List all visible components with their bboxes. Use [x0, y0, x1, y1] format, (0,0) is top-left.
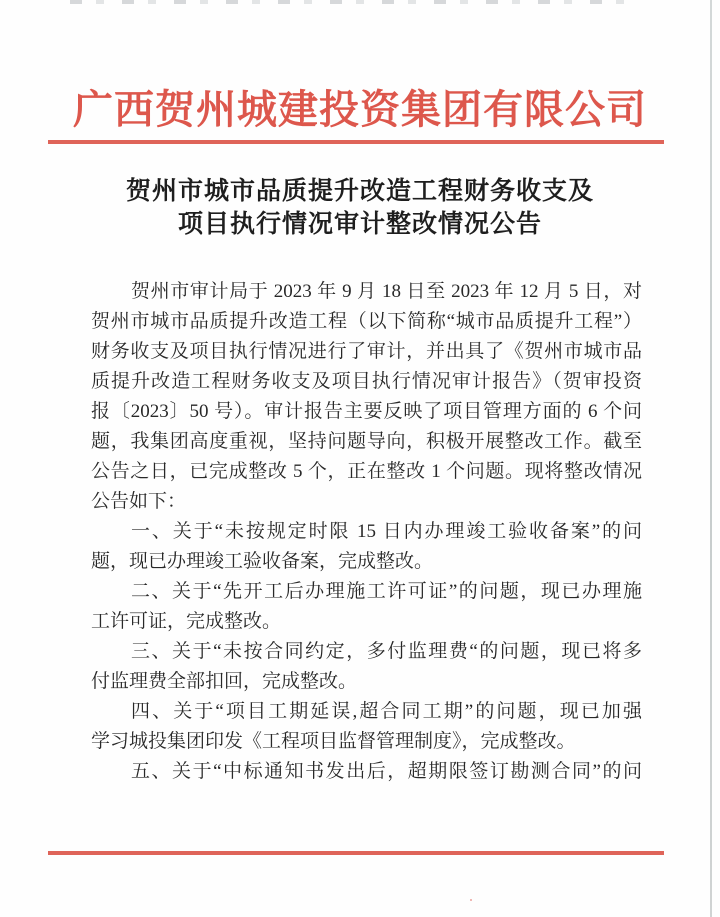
body-line: 四、关于“项目工期延误,超合同工期”的问题，现已加强 [91, 697, 642, 727]
body-line: 题，我集团高度重视，坚持问题导向，积极开展整改工作。截至 [91, 427, 642, 457]
body-line: 质提升改造工程财务收支及项目执行情况审计报告》（贺审投资 [91, 367, 642, 397]
footer-double-rule [48, 851, 664, 855]
body-line: 二、关于“先开工后办理施工许可证”的问题，现已办理施 [91, 577, 642, 607]
document-title: 贺州市城市品质提升改造工程财务收支及 项目执行情况审计整改情况公告 [0, 175, 720, 241]
scan-page-edge [710, 0, 712, 917]
letterhead-company-name: 广西贺州城建投资集团有限公司 [0, 78, 720, 135]
body-line: 付监理费全部扣回，完成整改。 [91, 667, 642, 697]
scanned-announcement-page: 广西贺州城建投资集团有限公司 贺州市城市品质提升改造工程财务收支及 项目执行情况… [0, 0, 720, 917]
document-title-line-1: 贺州市城市品质提升改造工程财务收支及 [0, 175, 720, 208]
body-line: 一、关于“未按规定时限 15 日内办理竣工验收备案”的问 [91, 517, 642, 547]
body-line: 贺州市城市品质提升改造工程（以下简称“城市品质提升工程”） [91, 307, 642, 337]
body-line: 学习城投集团印发《工程项目监督管理制度》，完成整改。 [91, 727, 642, 757]
body-text: 贺州市审计局于 2023 年 9 月 18 日至 2023 年 12 月 5 日… [91, 277, 642, 787]
letterhead-double-rule [48, 140, 664, 144]
body-line: 题，现已办理竣工验收备案，完成整改。 [91, 547, 642, 577]
body-line: 公告之日，已完成整改 5 个，正在整改 1 个问题。现将整改情况 [91, 457, 642, 487]
body-line: 报〔2023〕50 号）。审计报告主要反映了项目管理方面的 6 个问 [91, 397, 642, 427]
body-line: 三、关于“未按合同约定，多付监理费“的问题，现已将多 [91, 637, 642, 667]
document-title-line-2: 项目执行情况审计整改情况公告 [0, 208, 720, 241]
body-line: 贺州市审计局于 2023 年 9 月 18 日至 2023 年 12 月 5 日… [91, 277, 642, 307]
body-line: 工许可证，完成整改。 [91, 607, 642, 637]
body-line: 财务收支及项目执行情况进行了审计，并出具了《贺州市城市品 [91, 337, 642, 367]
scan-speck [470, 899, 472, 901]
scan-top-artifact [70, 0, 630, 4]
body-line: 公告如下： [91, 487, 642, 517]
body-line: 五、关于“中标通知书发出后，超期限签订勘测合同”的问 [91, 757, 642, 787]
